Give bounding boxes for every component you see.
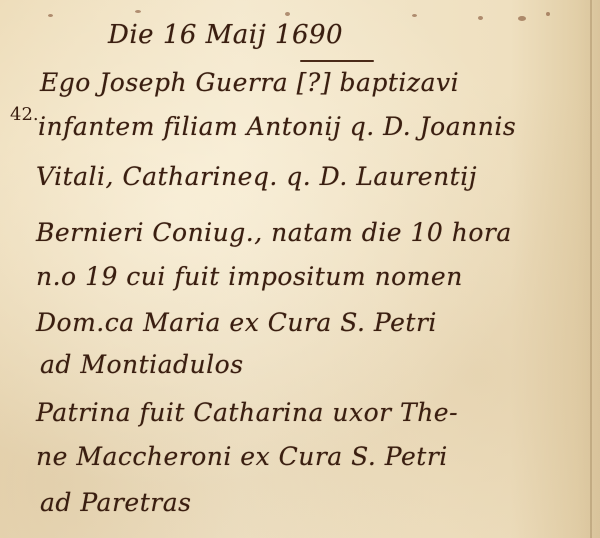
text-line-7: ad Montiadulos (40, 350, 244, 379)
text-line-4: Bernieri Coniug., natam die 10 hora (36, 218, 512, 247)
text-line-6: Dom.ca Maria ex Cura S. Petri (36, 308, 437, 337)
ink-spot (518, 16, 526, 21)
text-line-3: Vitali, Catharineq. q. D. Laurentij (36, 162, 477, 191)
text-line-1: Ego Joseph Guerra [?] baptizavi (40, 68, 459, 97)
text-line-8: Patrina fuit Catharina uxor The- (36, 398, 458, 427)
ink-spot (285, 12, 290, 16)
ink-spot (48, 14, 53, 17)
ink-spot (135, 10, 141, 13)
ink-spot (412, 14, 417, 17)
entry-number: 42. (10, 104, 39, 125)
date-underline (300, 60, 374, 62)
ink-spot (478, 16, 483, 20)
text-line-9: ne Maccheroni ex Cura S. Petri (36, 442, 448, 471)
page-gutter-edge (590, 0, 592, 538)
text-line-10: ad Paretras (40, 488, 191, 517)
date-heading: Die 16 Maij 1690 (108, 20, 343, 50)
text-line-5: n.o 19 cui fuit impositum nomen (36, 262, 463, 291)
text-line-2: infantem filiam Antonij q. D. Joannis (38, 112, 516, 141)
manuscript-page: 42. Die 16 Maij 1690 Ego Joseph Guerra [… (0, 0, 600, 538)
ink-spot (546, 12, 550, 16)
